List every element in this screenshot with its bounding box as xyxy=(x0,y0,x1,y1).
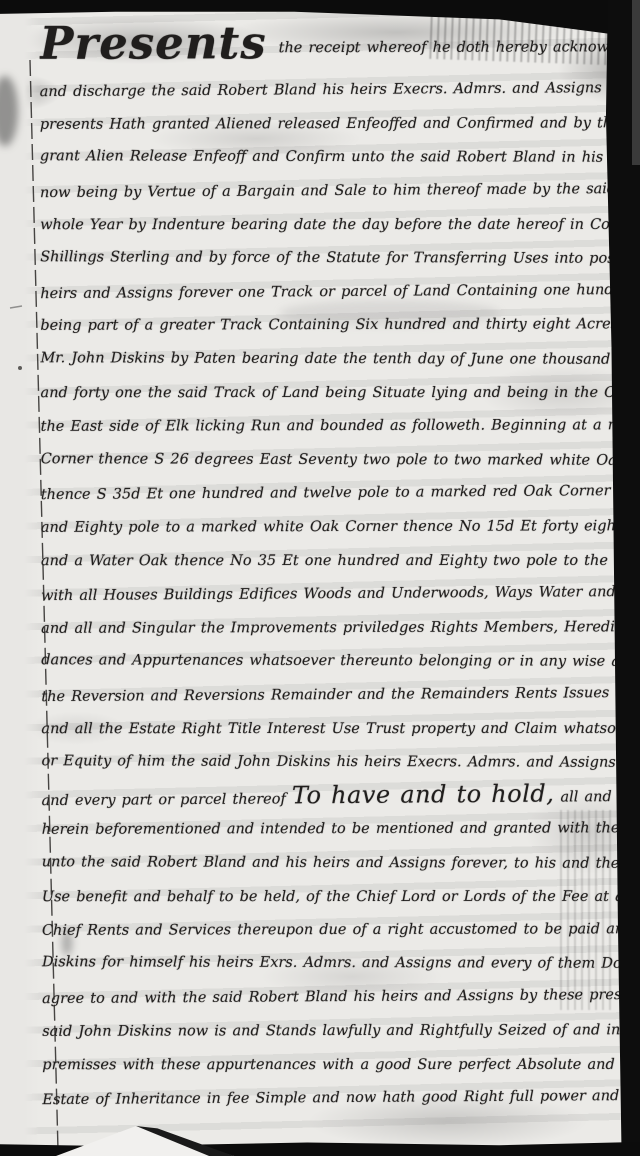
margin-mark xyxy=(10,306,22,308)
margin-rule-line xyxy=(0,0,640,1156)
margin-mark xyxy=(18,366,22,370)
scan-page: Presentsthe receipt whereof he doth here… xyxy=(0,0,640,1156)
gutter-edge-sliver xyxy=(632,0,640,165)
scan-fringe-marks xyxy=(560,810,615,1010)
